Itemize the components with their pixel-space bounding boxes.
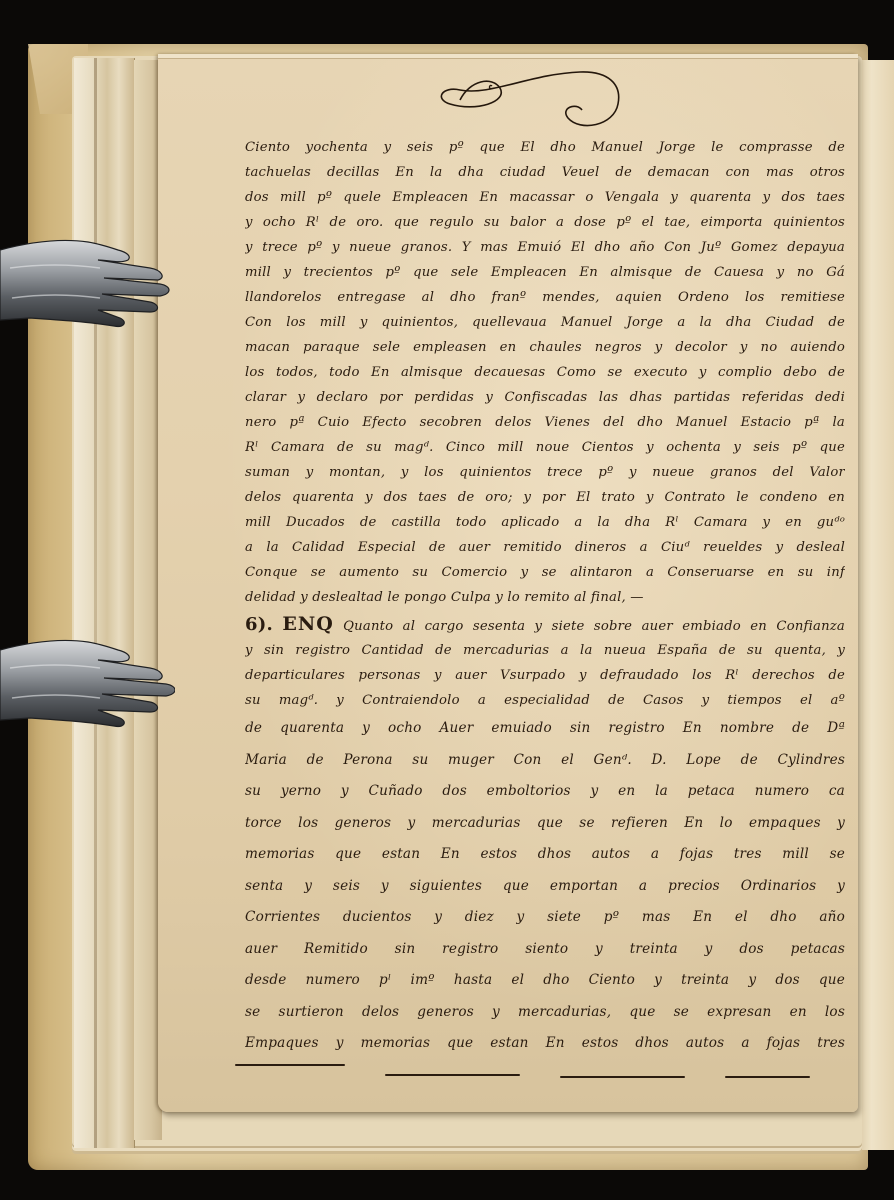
text-line: y trece pº y nueue granos. Y mas Emuió E…: [245, 235, 845, 260]
text-line: Con los mill y quinientos, quellevaua Ma…: [245, 310, 845, 335]
text-line: mill y trecientos pº que sele Empleacen …: [245, 260, 845, 285]
calligraphic-flourish-icon: [430, 66, 640, 136]
leaf-top-edge: [158, 54, 858, 59]
text-line: y ocho Rˡ de oro. que regulo su balor a …: [245, 210, 845, 235]
text-line: su magᵈ. y Contraiendolo a especialidad …: [245, 688, 845, 713]
text-line: suman y montan, y los quinientos trece p…: [245, 460, 845, 485]
text-line: Conque se aumento su Comercio y se alint…: [245, 560, 845, 585]
text-line: dos mill pº quele Empleacen En macassar …: [245, 185, 845, 210]
text-line: torce los generos y mercadurias que se r…: [245, 808, 845, 840]
text-line: nero pª Cuio Efecto secobren delos Viene…: [245, 410, 845, 435]
text-line: departiculares personas y auer Vsurpado …: [245, 663, 845, 688]
paragraph-6-first-line: 6). ENQ Quanto al cargo sesenta y siete …: [245, 610, 845, 638]
text-line: Empaques y memorias que estan En estos d…: [245, 1028, 845, 1060]
text-line: clarar y declaro por perdidas y Confisca…: [245, 385, 845, 410]
silver-hand-clasp-icon: [0, 628, 175, 738]
text-line: senta y seis y siguientes que emportan a…: [245, 871, 845, 903]
underline-rule: [725, 1076, 810, 1078]
text-line: su yerno y Cuñado dos emboltorios y en l…: [245, 776, 845, 808]
text-line: Quanto al cargo sesenta y siete sobre au…: [343, 619, 845, 634]
text-line: mill Ducados de castilla todo aplicado a…: [245, 510, 845, 535]
text-line: delidad y deslealtad le pongo Culpa y lo…: [245, 585, 845, 610]
text-line: Rˡ Camara de su magᵈ. Cinco mill noue Ci…: [245, 435, 845, 460]
text-line: desde numero pˡ imº hasta el dho Ciento …: [245, 965, 845, 997]
text-line: macan paraque sele empleasen en chaules …: [245, 335, 845, 360]
silver-hand-clasp-icon: [0, 228, 175, 338]
closing-rules: [245, 1060, 845, 1074]
manuscript-photo: Ciento yochenta y seis pº que El dho Man…: [0, 0, 894, 1200]
paragraph-initial: ENQ: [282, 613, 333, 635]
text-line: se surtieron delos generos y mercadurias…: [245, 997, 845, 1029]
underline-rule: [385, 1074, 520, 1076]
text-line: Maria de Perona su muger Con el Genᵈ. D.…: [245, 745, 845, 777]
paragraph-number: 6).: [245, 614, 273, 635]
text-line: auer Remitido sin registro siento y trei…: [245, 934, 845, 966]
underline-rule: [560, 1076, 685, 1078]
text-line: a la Calidad Especial de auer remitido d…: [245, 535, 845, 560]
text-line: Ciento yochenta y seis pº que El dho Man…: [245, 135, 845, 160]
text-line: delos quarenta y dos taes de oro; y por …: [245, 485, 845, 510]
manuscript-text: Ciento yochenta y seis pº que El dho Man…: [245, 135, 845, 1074]
text-line: llandorelos entregase al dho franº mende…: [245, 285, 845, 310]
text-line: los todos, todo En almisque decauesas Co…: [245, 360, 845, 385]
torn-binding-strip: [74, 58, 135, 1148]
text-line: tachuelas decillas En la dha ciudad Veue…: [245, 160, 845, 185]
text-line: Corrientes ducientos y diez y siete pº m…: [245, 902, 845, 934]
text-line: memorias que estan En estos dhos autos a…: [245, 839, 845, 871]
text-line: y sin registro Cantidad de mercadurias a…: [245, 638, 845, 663]
text-line: de quarenta y ocho Auer emuiado sin regi…: [245, 713, 845, 745]
underline-rule: [235, 1064, 345, 1066]
